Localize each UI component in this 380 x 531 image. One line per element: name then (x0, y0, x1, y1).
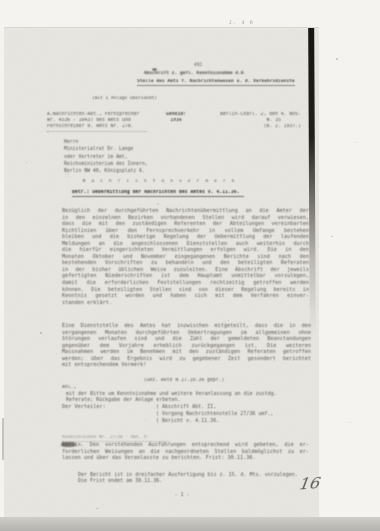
signature-reference-line: (Gez. Akte N 27.10.36 gepr.) (119, 378, 249, 383)
text-line: damit die erforderlichen Feststellungen … (62, 280, 309, 287)
text-line: die hierfür eingerichteten Vermittlungen… (62, 247, 309, 254)
speckle (96, 508, 98, 509)
text-line: Ministerialrat Dr. Lange (64, 146, 148, 153)
speckle (336, 58, 338, 60)
page-number: - 1 - (62, 492, 302, 498)
annex-note-line-2: Referate; Rückgabe der Anlage erbeten. (66, 397, 196, 403)
body-paragraph-3: Berlin. Den vorstehenden Ausführungen en… (62, 442, 309, 462)
annex-label: Anl., (62, 385, 76, 390)
subject-divider-dash: - (72, 201, 244, 207)
text-line: Eine Dienststelle des Amtes hat inzwisch… (62, 323, 311, 330)
closing-lines: Der Bericht ist in dreifacher Ausfertigu… (78, 472, 304, 485)
header-department-line: Stelle des Amts f. Nachrichtenwesen u. d… (137, 79, 295, 86)
header-file-number: 492 (128, 63, 268, 68)
text-line: Reichsministerium des Innern, (64, 161, 148, 168)
photocopy-edge-bar (308, 28, 316, 340)
letterspaced-heading: Nachrichtenvermerk (64, 179, 259, 184)
text-line: Die Frist endet am 30.11.36. (78, 478, 304, 484)
body-paragraph-1: Bezüglich der durchgeführten Nachrichten… (62, 208, 309, 306)
text-line: Störungen verlaufen sind und die Zahl de… (62, 336, 311, 343)
text-line: mit entsprechendem Vermerk! (62, 362, 311, 369)
scanner-bed-band (0, 517, 380, 531)
text-line: Kenntnis gesetzt worden und haben sich m… (62, 293, 309, 300)
scanned-document-screenshot: { "document": { "corner_note": "J. 4 R",… (0, 0, 380, 531)
distribution-label: Der Verteiler: (62, 404, 106, 410)
subject-line: Betr.: Uebermittlung der Nachrichten des… (72, 190, 244, 197)
text-line: 1936 (154, 118, 198, 124)
text-line: Massnahmen werden im Benehmen mit den zu… (62, 349, 311, 356)
speckle (356, 142, 357, 143)
speckle (228, 320, 229, 321)
text-line: bestehenden Vorschriften zu behandeln un… (62, 260, 309, 267)
scan-edge-mark (2, 418, 4, 460)
speckle (350, 422, 351, 423)
handwritten-mark: 16 (298, 473, 322, 493)
text-line: Berlin. Den vorstehenden Ausführungen en… (62, 442, 309, 449)
recipient-address-block: HerrnMinisterialrat Dr. Langeoder Vertre… (64, 139, 148, 175)
text-line: Berlin-Charl. 2, den 4. Nov. (208, 112, 301, 118)
reference-column-left: A.Nachrichten-Abt., FernsprecherNr. 4536… (47, 112, 147, 132)
text-line: dass die mit den zuständigen Referenten … (62, 221, 309, 228)
speckle (40, 332, 42, 334)
text-line: Berlin NW 40, Königsplatz 6. (64, 168, 148, 175)
reference-column-right: Berlin-Charl. 2, den 4. Nov.W. 35(B. 2. … (208, 112, 301, 131)
text-line: ( Bericht v. 4.11.36. (156, 418, 286, 425)
text-line: ( Abschrift Abt. II, (156, 404, 286, 411)
enclosure-note: (mit 1 Anlage übersandt) (92, 96, 182, 101)
corner-pencil-note: J. 4 R (229, 21, 254, 26)
text-line: Herrn (64, 139, 148, 146)
faint-stamp-heading: Rundschreiben Nr. 27/36 - Abt. P. (62, 435, 170, 442)
speckle (331, 236, 333, 237)
text-line: (B. 2. 1937.) (208, 124, 301, 130)
speckle (26, 162, 27, 163)
reference-column-center: Geheim!1936 (154, 112, 198, 124)
text-line: Fernschreiber d. Amts Nr. 278. (47, 124, 147, 131)
text-line: oder Vertreter im Amt, (64, 154, 148, 161)
distribution-list: ( Abschrift Abt. II,( Vorgang Nachrichte… (156, 404, 286, 424)
text-line: Bezüglich der durchgeführten Nachrichten… (62, 208, 309, 215)
text-line: lassen und über das Veranlasste zu beric… (62, 455, 309, 462)
body-paragraph-2: Eine Dienststelle des Amtes hat inzwisch… (62, 323, 311, 369)
text-line: standen erklärt. (62, 300, 309, 307)
scanned-page: 492 Abschrift z. gefl. Kenntnisnahme d.A… (4, 27, 319, 518)
text-line: ( Vorgang Nachrichtenstelle 27/36 umf., (156, 411, 286, 418)
text-line: bleiben und die bisherige Regelung der U… (62, 234, 309, 241)
header-office-line: Abschrift z. gefl. Kenntnisnahme d.A. (144, 71, 245, 76)
